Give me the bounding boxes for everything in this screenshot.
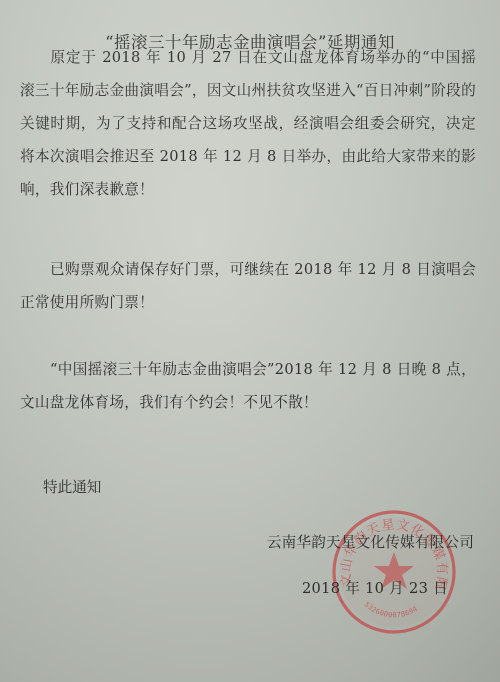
- paragraph-new-date: “中国摇滚三十年励志金曲演唱会”2018 年 12 月 8 日晚 8 点，文山盘…: [20, 353, 476, 419]
- closing-line: 特此通知: [43, 476, 101, 497]
- paragraph-postponement: 原定于 2018 年 10 月 27 日在文山盘龙体育场举办的“中国摇滚三十年励…: [20, 41, 476, 206]
- paragraph-text: 原定于 2018 年 10 月 27 日在文山盘龙体育场举办的“中国摇滚三十年励…: [20, 49, 476, 198]
- company-seal-icon: 文山华韵天星文化传媒有限公司 5326000078694: [330, 508, 458, 636]
- paragraph-tickets: 已购票观众请保存好门票，可继续在 2018 年 12 月 8 日演唱会正常使用所…: [20, 253, 476, 319]
- signature-date: 2018 年 10 月 23 日: [302, 577, 448, 598]
- notice-document: “摇滚三十年励志金曲演唱会”延期通知 原定于 2018 年 10 月 27 日在…: [0, 0, 500, 682]
- signature-organization: 云南华韵天星文化传媒有限公司: [267, 531, 474, 552]
- paragraph-text: 已购票观众请保存好门票，可继续在 2018 年 12 月 8 日演唱会正常使用所…: [20, 261, 476, 311]
- paragraph-text: “中国摇滚三十年励志金曲演唱会”2018 年 12 月 8 日晚 8 点，文山盘…: [20, 361, 476, 411]
